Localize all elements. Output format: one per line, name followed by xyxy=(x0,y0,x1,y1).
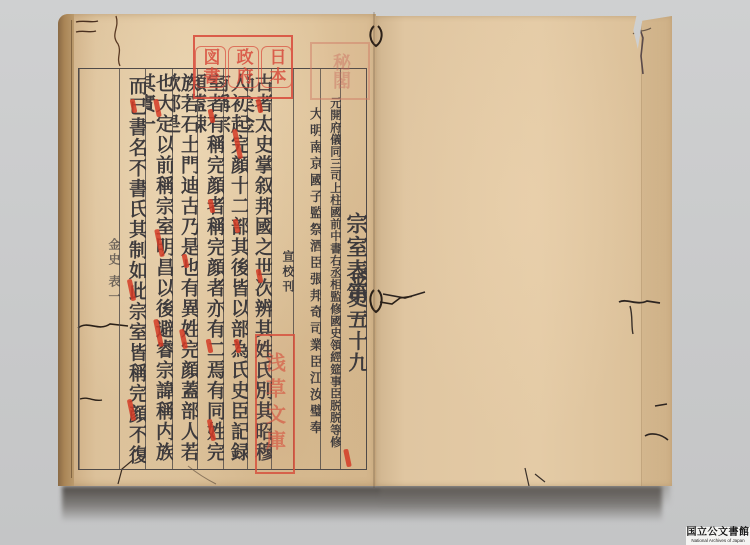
author-credit: 元開府儀同三司上柱國前中書右丞相監修國史領經筵事臣脱脱等修 xyxy=(330,91,342,448)
logo-english-text: National Archives of Japan xyxy=(691,538,744,544)
book-shadow-right xyxy=(380,484,670,506)
seal-character: 日本 xyxy=(261,46,292,88)
left-page: 宗室表第一 金史五十九 元開府儀同三司上柱國前中書右丞相監修國史領經筵事臣脱脱等… xyxy=(58,14,376,486)
national-archives-logo: 国立公文書館 National Archives of Japan xyxy=(686,527,750,545)
edit-note: 宣校刊 xyxy=(282,244,294,295)
asakusa-library-seal: 浅草文庫 xyxy=(255,334,295,474)
body-text-line: 也大定以前稱宗室明昌以後避睿宗諱稱内族其實一 xyxy=(145,69,173,469)
column-author: 元開府儀同三司上柱國前中書右丞相監修國史領經筵事臣脱脱等修 xyxy=(320,69,341,469)
column-body-3: 室者有稱完顔者稱完顔者亦有二焉有同姓完顔蓋疎 xyxy=(197,69,224,469)
body-text-line: 族若石土門迪古乃是也有異姓完顔蓋部人若歡都是 xyxy=(172,69,198,469)
red-seal-stamp-top: 図書 政府 日本 xyxy=(193,35,293,99)
seal-text: 浅草文庫 xyxy=(261,352,290,456)
binding-thread-icon xyxy=(352,12,412,492)
seal-text: 秘閣 xyxy=(327,53,353,89)
logo-japanese-text: 国立公文書館 xyxy=(687,528,750,538)
seal-character: 政府 xyxy=(228,46,259,88)
scanned-book-scene: 宗室表第一 金史五十九 元開府儀同三司上柱國前中書右丞相監修國史領經筵事臣脱脱等… xyxy=(0,0,750,545)
body-text-line: 室者有稱完顔者稱完顔者亦有二焉有同姓完顔蓋疎 xyxy=(197,69,224,469)
text-frame: 宗室表第一 金史五十九 元開府儀同三司上柱國前中書右丞相監修國史領經筵事臣脱脱等… xyxy=(78,68,367,470)
margin-note: 金史 表一 xyxy=(108,232,120,305)
right-page-blank xyxy=(375,16,672,486)
seal-character: 図書 xyxy=(195,46,226,88)
column-body-5: 也大定以前稱宗室明昌以後避睿宗諱稱内族其實一 xyxy=(145,69,173,469)
paper-damage-icon xyxy=(375,16,672,486)
editor-credit: 大明南京國子監祭酒臣張邦奇司業臣江汝璧奉 xyxy=(308,101,321,437)
column-body-4: 族若石土門迪古乃是也有異姓完顔蓋部人若歡都是 xyxy=(172,69,198,469)
column-editors: 大明南京國子監祭酒臣張邦奇司業臣江汝璧奉 xyxy=(293,69,321,469)
column-margin: 金史 表一 xyxy=(79,69,120,469)
